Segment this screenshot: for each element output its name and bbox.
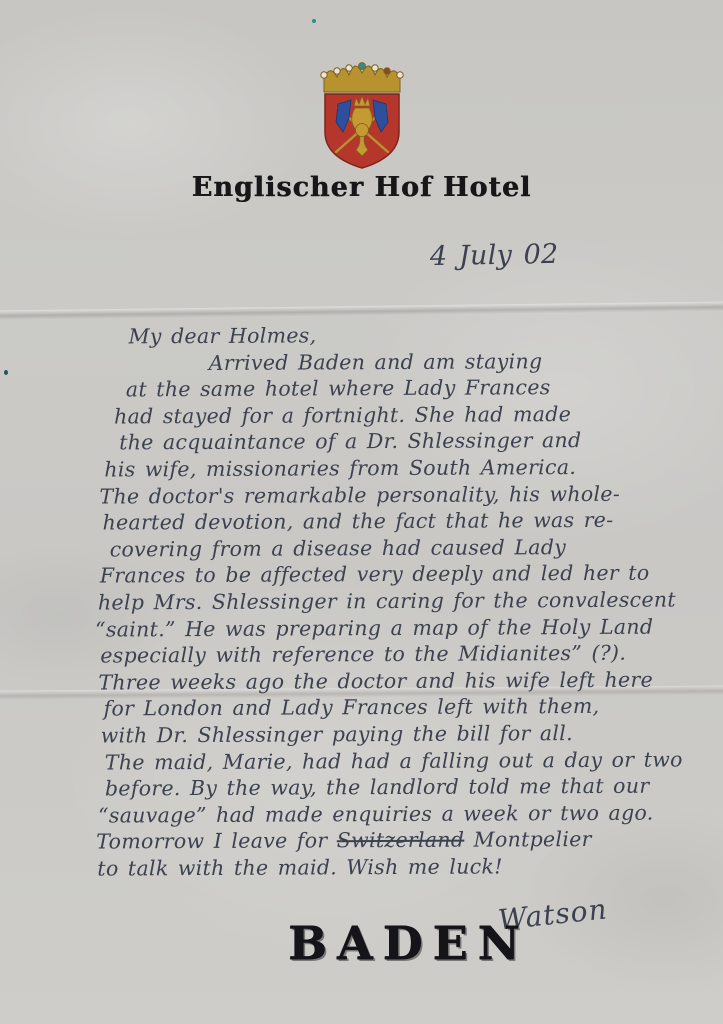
paper-speck	[4, 370, 8, 375]
date-line: 4 July 02	[430, 239, 559, 272]
letter-line: with Dr. Shlessinger paying the bill for…	[101, 719, 686, 749]
letter-line: Arrived Baden and am staying	[209, 347, 684, 376]
letter-body: My dear Holmes, Arrived Baden and am sta…	[94, 320, 687, 882]
city-name: BADEN	[288, 916, 488, 970]
letter-line: help Mrs. Shlessinger in caring for the …	[98, 586, 685, 616]
letter-line: his wife, missionaries from South Americ…	[104, 453, 684, 483]
letter-line: before. By the way, the landlord told me…	[105, 773, 686, 803]
letter-line: The doctor's remarkable personality, his…	[99, 480, 684, 510]
strike-line-post: Montpelier	[464, 827, 592, 852]
strike-line-struck-word: Switzerland	[337, 828, 465, 853]
letter-line: covering from a disease had caused Lady	[110, 533, 685, 563]
letter-line: for London and Lady Frances left with th…	[103, 693, 685, 723]
letter-line: The maid, Marie, had had a falling out a…	[105, 746, 686, 776]
letter-line: “sauvage” had made enquiries a week or t…	[98, 799, 686, 829]
letter-line: especially with reference to the Midiani…	[100, 640, 685, 670]
letter-line: to talk with the maid. Wish me luck!	[97, 852, 686, 882]
salutation: My dear Holmes,	[129, 320, 684, 349]
letter-line: “saint.” He was preparing a map of the H…	[95, 613, 685, 643]
hotel-crest-icon	[298, 44, 426, 178]
letter-line: hearted devotion, and the fact that he w…	[103, 507, 685, 537]
paper-speck	[312, 19, 316, 23]
letter-line: Frances to be affected very deeply and l…	[100, 560, 685, 590]
letter-line-strikethrough: Tomorrow I leave for Switzerland Montpel…	[96, 826, 686, 856]
letter-line: at the same hotel where Lady Frances	[126, 374, 684, 404]
letter-line: had stayed for a fortnight. She had made	[114, 400, 684, 430]
hotel-name: Englischer Hof Hotel	[0, 172, 723, 203]
letter-line: the acquaintance of a Dr. Shlessinger an…	[119, 427, 684, 457]
strike-line-pre: Tomorrow I leave for	[96, 829, 337, 854]
letter-line: Three weeks ago the doctor and his wife …	[98, 666, 685, 696]
